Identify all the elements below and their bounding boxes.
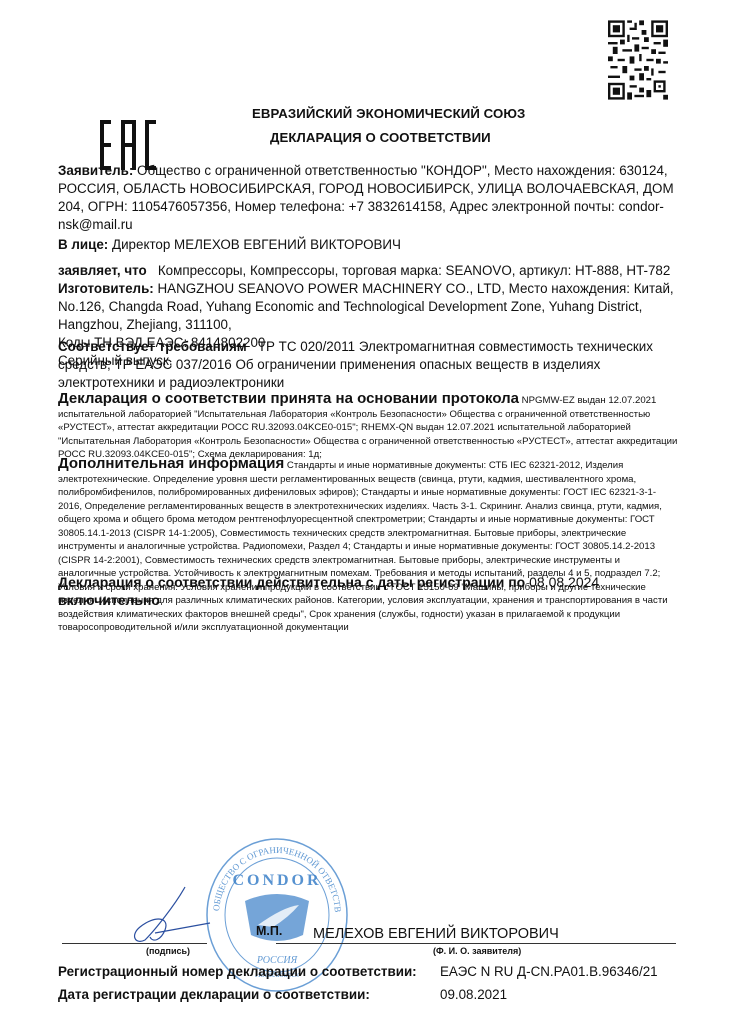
document-title: ДЕКЛАРАЦИЯ О СООТВЕТСТВИИ	[270, 130, 491, 145]
manufacturer-label: Изготовитель:	[58, 281, 154, 296]
signer-name: МЕЛЕХОВ ЕВГЕНИЙ ВИКТОРОВИЧ	[313, 926, 559, 942]
protocol-label: Декларация о соответствии принята на осн…	[58, 390, 519, 407]
in-person-text: Директор МЕЛЕХОВ ЕВГЕНИЙ ВИКТОРОВИЧ	[108, 237, 401, 252]
validity-label: Декларация о соответствии действительна …	[58, 574, 525, 590]
additional-info-label: Дополнительная информация	[58, 455, 284, 472]
registration-number: ЕАЭС N RU Д-CN.PA01.B.96346/21	[440, 964, 658, 979]
signature-caption: (подпись)	[146, 946, 190, 956]
validity-section: Декларация о соответствии действительна …	[58, 573, 678, 609]
applicant-label: Заявитель:	[58, 163, 133, 178]
requirements-section: Соответствует требованиям ТР ТС 020/2011…	[58, 338, 678, 392]
registration-date-label: Дата регистрации декларации о соответств…	[58, 987, 370, 1002]
applicant-section: Заявитель: Общество с ограниченной ответ…	[58, 162, 678, 234]
in-person-section: В лице: Директор МЕЛЕХОВ ЕВГЕНИЙ ВИКТОРО…	[58, 236, 678, 254]
in-person-label: В лице:	[58, 237, 108, 252]
svg-text:CONDOR: CONDOR	[232, 872, 321, 889]
registration-number-label: Регистрационный номер декларации о соотв…	[58, 964, 417, 979]
applicant-text: Общество с ограниченной ответственностью…	[58, 163, 674, 232]
union-heading: ЕВРАЗИЙСКИЙ ЭКОНОМИЧЕСКИЙ СОЮЗ	[252, 106, 525, 121]
signature-line	[62, 943, 207, 944]
protocol-section: Декларация о соответствии принята на осн…	[58, 392, 678, 462]
name-line	[276, 943, 676, 944]
name-caption: (Ф. И. О. заявителя)	[433, 946, 521, 956]
validity-date: 08.08.2024	[525, 574, 599, 590]
requirements-label: Соответствует требованиям	[58, 339, 247, 354]
seal-place-label: М.П.	[256, 924, 282, 938]
declares-label: заявляет, что	[58, 263, 147, 278]
qr-code-icon	[608, 20, 668, 100]
signature-icon	[125, 885, 215, 945]
declares-text: Компрессоры, Компрессоры, торговая марка…	[147, 263, 671, 278]
validity-suffix: включительно	[58, 591, 678, 609]
registration-date: 09.08.2021	[440, 987, 507, 1002]
